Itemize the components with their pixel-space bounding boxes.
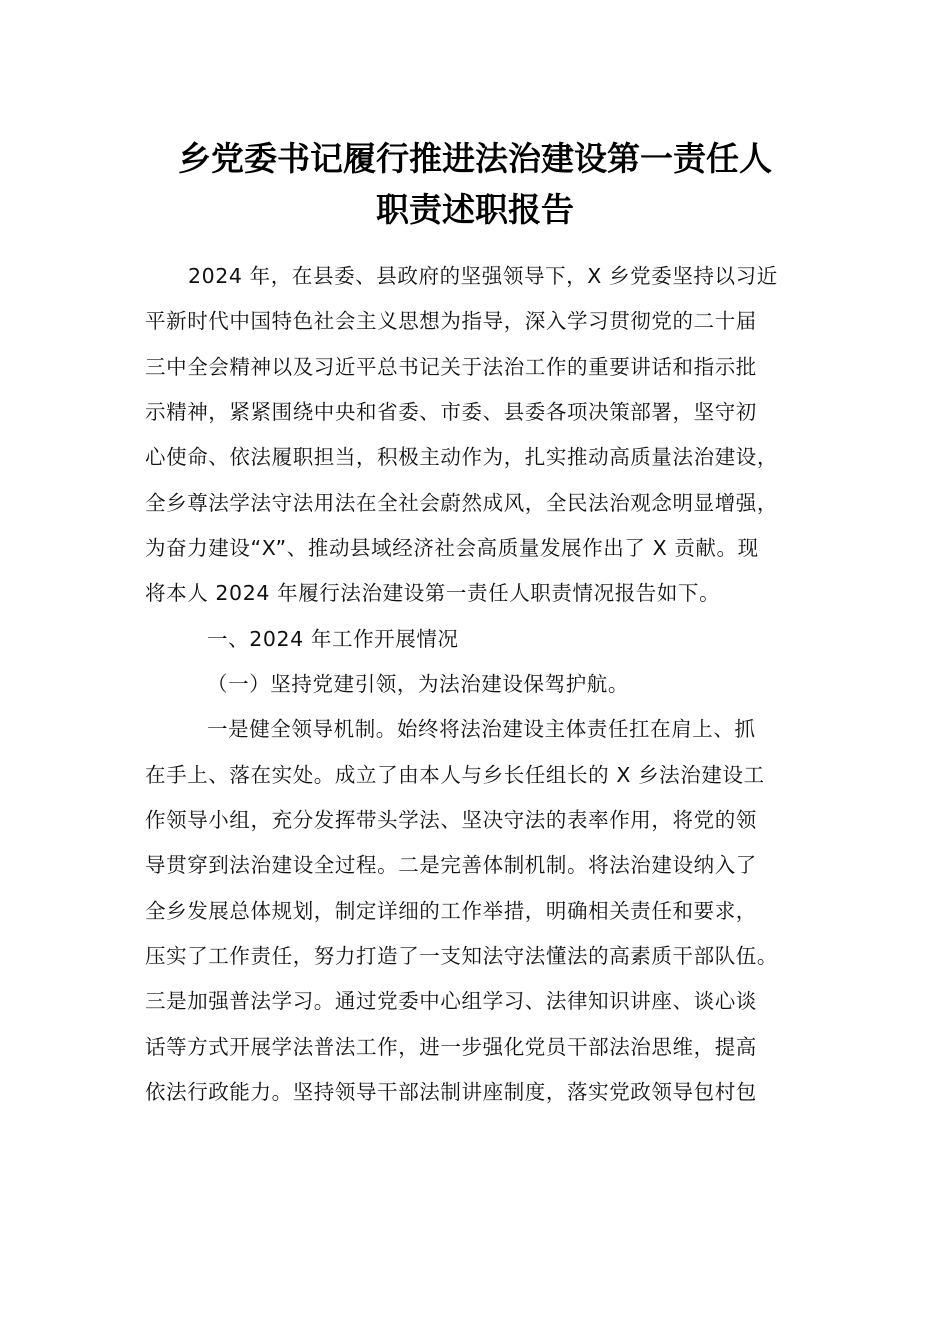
body-paragraph-line: 全乡发展总体规划，制定详细的工作举措，明确相关责任和要求， (145, 891, 757, 932)
intro-paragraph-line: 全乡尊法学法守法用法在全社会蔚然成风，全民法治观念明显增强， (145, 483, 778, 524)
intro-paragraph-line: 为奋力建设“X”、推动县域经济社会高质量发展作出了 X 贡献。现 (145, 528, 759, 569)
body-paragraph-line: 作领导小组，充分发挥带头学法、坚决守法的表率作用，将党的领 (145, 800, 757, 841)
body-paragraph-line: 导贯穿到法治建设全过程。二是完善体制机制。将法治建设纳入了 (145, 845, 757, 886)
intro-paragraph-line: 平新时代中国特色社会主义思想为指导，深入学习贯彻党的二十届 (145, 301, 757, 342)
intro-paragraph-line: 心使命、依法履职担当，积极主动作为，扎实推动高质量法治建设， (145, 437, 778, 478)
section-heading-1: 一、2024 年工作开展情况 (207, 619, 459, 660)
body-paragraph-line: 依法行政能力。坚持领导干部法制讲座制度，落实党政领导包村包 (145, 1072, 757, 1113)
body-paragraph-line: 话等方式开展学法普法工作，进一步强化党员干部法治思维，提高 (145, 1027, 757, 1068)
subsection-heading-1-1: （一）坚持党建引领，为法治建设保驾护航。 (207, 664, 629, 705)
document-title-line-1: 乡党委书记履行推进法治建设第一责任人 (0, 133, 950, 180)
intro-paragraph-line: 将本人 2024 年履行法治建设第一责任人职责情况报告如下。 (145, 573, 720, 614)
intro-paragraph-line: 2024 年，在县委、县政府的坚强领导下，X 乡党委坚持以习近 (188, 256, 778, 297)
body-paragraph-line: 三是加强普法学习。通过党委中心组学习、法律知识讲座、谈心谈 (145, 981, 757, 1022)
document-title-line-2: 职责述职报告 (0, 184, 950, 231)
body-paragraph-line: 压实了工作责任，努力打造了一支知法守法懂法的高素质干部队伍。 (145, 936, 778, 977)
document-page: 乡党委书记履行推进法治建设第一责任人 职责述职报告 2024 年，在县委、县政府… (0, 0, 950, 1344)
intro-paragraph-line: 示精神，紧紧围绕中央和省委、市委、县委各项决策部署，坚守初 (145, 392, 757, 433)
intro-paragraph-line: 三中全会精神以及习近平总书记关于法治工作的重要讲话和指示批 (145, 347, 757, 388)
body-paragraph-line: 一是健全领导机制。始终将法治建设主体责任扛在肩上、抓 (207, 709, 756, 750)
body-paragraph-line: 在手上、落在实处。成立了由本人与乡长任组长的 X 乡法治建设工 (145, 755, 765, 796)
